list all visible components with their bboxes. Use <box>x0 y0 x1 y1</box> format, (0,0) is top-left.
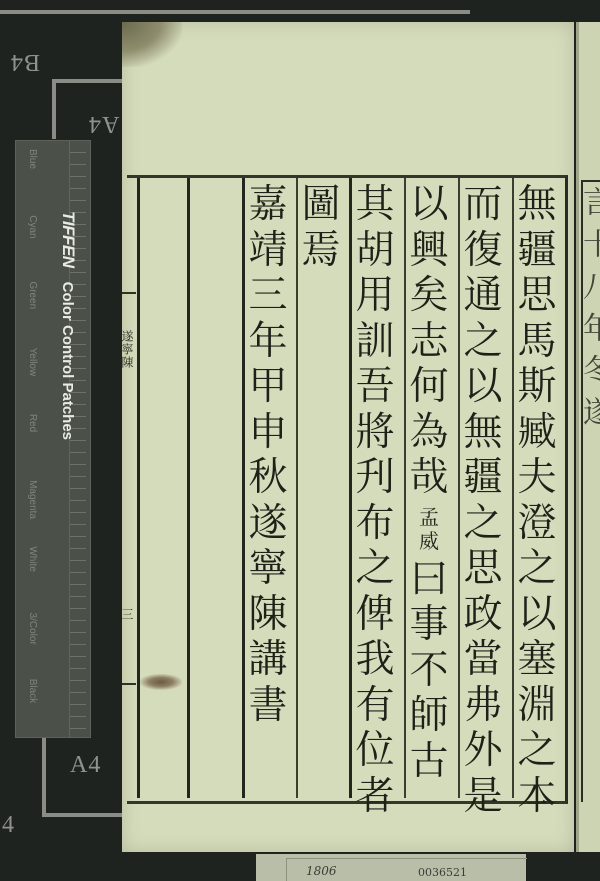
glyph: 矣 <box>409 273 448 319</box>
glyph: 思 <box>517 273 556 319</box>
glyph: 之 <box>463 319 502 365</box>
glyph: 甲 <box>248 364 287 410</box>
tiffen-title: Color Control Patches <box>59 282 76 440</box>
column-rule <box>187 178 190 798</box>
patch-label-green: Green <box>22 281 38 347</box>
text-column-3-main-a: 以興矣志何為哉 <box>409 182 448 501</box>
glyph: 圖 <box>301 182 340 228</box>
glyph: 澄 <box>517 501 556 547</box>
glyph: 我 <box>355 637 394 683</box>
tiffen-logo: TIFFEN <box>59 211 78 268</box>
glyph: 不 <box>409 648 448 694</box>
glyph: 俾 <box>355 592 394 638</box>
glyph: 臧 <box>517 410 556 456</box>
glyph: 年 <box>248 319 287 365</box>
glyph: 嘉 <box>248 182 287 228</box>
patch-label-red: Red <box>22 414 38 480</box>
glyph: 夫 <box>517 455 556 501</box>
glyph: 師 <box>409 693 448 739</box>
glyph: 有 <box>355 683 394 729</box>
glyph: 胡 <box>355 228 394 274</box>
text-column-3-main-b: 曰事不師古 <box>409 557 448 785</box>
glyph: 將 <box>355 410 394 456</box>
fold-caption: 遂寧陳 <box>122 330 136 369</box>
glyph: 何 <box>409 364 448 410</box>
patch-label-cyan: Cyan <box>22 215 38 281</box>
archive-label: 1806 0036521 <box>256 854 526 881</box>
four-marking: 4 <box>2 812 15 839</box>
archive-label-left-text: 1806 <box>306 864 337 878</box>
patch-label-white: White <box>22 546 38 612</box>
tiffen-color-control-strip: Blue Cyan Green Yellow Red Magenta White… <box>15 140 91 738</box>
glyph: 孟 <box>419 505 439 529</box>
glyph: 威 <box>419 529 439 553</box>
glyph: 講 <box>248 637 287 683</box>
patch-label-yellow: Yellow <box>22 348 38 414</box>
glyph: 位 <box>355 728 394 774</box>
glyph: 淵 <box>517 683 556 729</box>
glyph: 外 <box>463 728 502 774</box>
archive-label-right-text: 0036521 <box>418 866 467 879</box>
glyph: 興 <box>409 228 448 274</box>
glyph: 弗 <box>463 683 502 729</box>
glyph: 事 <box>409 602 448 648</box>
glyph: 復 <box>463 228 502 274</box>
tiffen-brand: TIFFEN Color Control Patches <box>52 211 78 807</box>
glyph: 陳 <box>248 592 287 638</box>
glyph: 以 <box>517 592 556 638</box>
right-page-text: 言十八年冬遂 <box>584 186 600 786</box>
glyph: 馬 <box>517 319 556 365</box>
glyph: 秋 <box>248 455 287 501</box>
glyph: 政 <box>463 592 502 638</box>
glyph: 古 <box>409 739 448 785</box>
glyph: 刋 <box>355 455 394 501</box>
background-frame-inner-top <box>52 79 122 83</box>
glyph: 訓 <box>355 319 394 365</box>
glyph: 其 <box>355 182 394 228</box>
glyph: 思 <box>463 546 502 592</box>
glyph: 寧 <box>248 546 287 592</box>
glyph: 之 <box>517 728 556 774</box>
glyph: 申 <box>248 410 287 456</box>
glyph: 哉 <box>409 455 448 501</box>
b4-marking: B4 <box>10 48 40 75</box>
glyph: 疆 <box>463 455 502 501</box>
glyph: 斯 <box>517 364 556 410</box>
fold-divider-bottom <box>122 683 136 685</box>
glyph: 塞 <box>517 637 556 683</box>
glyph: 以 <box>409 182 448 228</box>
text-column-5: 圖焉 <box>297 182 345 273</box>
text-column-1: 無疆思馬斯臧夫澄之以塞淵之本 <box>513 182 561 819</box>
text-column-3: 以興矣志何為哉 孟威 曰事不師古 <box>405 182 453 784</box>
glyph: 之 <box>463 501 502 547</box>
glyph: 疆 <box>517 228 556 274</box>
glyph: 是 <box>463 774 502 820</box>
glyph: 通 <box>463 273 502 319</box>
glyph: 本 <box>517 774 556 820</box>
glyph: 曰 <box>409 557 448 603</box>
glyph: 志 <box>409 319 448 365</box>
background-frame-lower-bottom <box>42 813 122 817</box>
text-column-3-annotation: 孟威 <box>419 505 439 553</box>
glyph: 而 <box>463 182 502 228</box>
patch-label-black: Black <box>22 679 38 745</box>
glyph: 為 <box>409 410 448 456</box>
glyph: 遂 <box>248 501 287 547</box>
background-frame-inner-left <box>52 79 56 139</box>
fold-divider-top <box>122 292 136 294</box>
fold-page-number: 三 <box>122 608 136 621</box>
glyph: 焉 <box>301 228 340 274</box>
glyph: 之 <box>355 546 394 592</box>
glyph: 當 <box>463 637 502 683</box>
glyph: 用 <box>355 273 394 319</box>
background-frame-top <box>0 10 470 14</box>
patch-label-blue: Blue <box>22 149 38 215</box>
background-frame-lower-left <box>42 735 46 815</box>
patch-label-3color: 3/Color <box>22 613 38 679</box>
glyph: 之 <box>517 546 556 592</box>
color-patch-labels: Blue Cyan Green Yellow Red Magenta White… <box>22 149 38 745</box>
glyph: 以 <box>463 364 502 410</box>
glyph: 靖 <box>248 228 287 274</box>
text-column-2: 而復通之以無疆之思政當弗外是 <box>459 182 507 819</box>
text-column-4: 其胡用訓吾將刋布之俾我有位者 <box>351 182 399 819</box>
patch-label-magenta: Magenta <box>22 480 38 546</box>
a4-marking-mirrored: A4 <box>88 110 119 137</box>
text-column-6-colophon: 嘉靖三年甲申秋遂寧陳講書 <box>244 182 292 728</box>
corner-stain <box>122 22 182 67</box>
fold-rule <box>137 178 140 798</box>
glyph: 無 <box>463 410 502 456</box>
glyph: 三 <box>248 273 287 319</box>
glyph: 無 <box>517 182 556 228</box>
glyph: 者 <box>355 774 394 820</box>
glyph: 布 <box>355 501 394 547</box>
glyph: 書 <box>248 683 287 729</box>
glyph: 吾 <box>355 364 394 410</box>
